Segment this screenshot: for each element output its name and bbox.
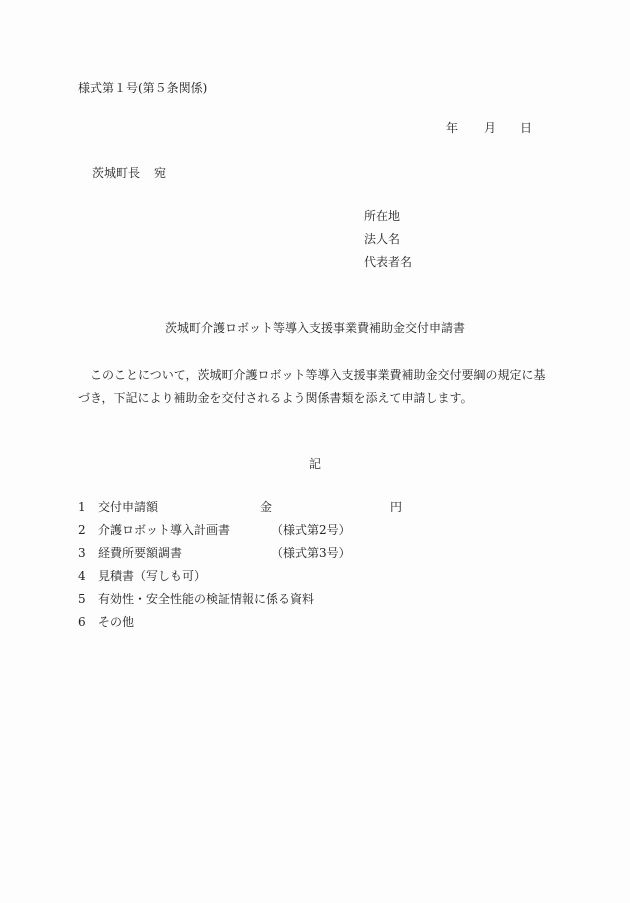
- corp-name-label: 法人名: [364, 231, 412, 254]
- item-number: 4: [78, 568, 98, 584]
- document-title: 茨城町介護ロボット等導入支援事業費補助金交付申請書: [0, 320, 630, 336]
- addressee-name: 茨城町長: [92, 166, 140, 180]
- representative-label: 代表者名: [364, 254, 412, 277]
- list-item: 3 経費所要額調書 （様式第3号）: [78, 545, 98, 568]
- date-line: 年月日: [446, 120, 532, 136]
- item-label: 見積書（写しも可）: [98, 568, 206, 584]
- ki-heading: 記: [0, 456, 630, 472]
- item-number: 5: [78, 591, 98, 607]
- item-number: 6: [78, 614, 98, 630]
- item-number: 3: [78, 545, 98, 561]
- body-text: このことについて，茨城町介護ロボット等導入支援事業費補助金交付要綱の規定に基づき…: [78, 364, 556, 410]
- item-label: 交付申請額: [98, 499, 158, 515]
- item-number: 2: [78, 522, 98, 538]
- date-day: 日: [520, 120, 532, 136]
- item-label: 介護ロボット導入計画書: [98, 522, 230, 538]
- list-item: 6 その他: [78, 614, 98, 637]
- amount-kin: 金: [260, 499, 272, 515]
- item-label: その他: [98, 614, 134, 630]
- item-label: 有効性・安全性能の検証情報に係る資料: [98, 591, 314, 607]
- amount-yen: 円: [390, 499, 402, 515]
- form-number: 様式第１号(第５条関係): [78, 80, 207, 96]
- applicant-block: 所在地 法人名 代表者名: [364, 208, 412, 277]
- attachment-list: 1 交付申請額 金 円 2 介護ロボット導入計画書 （様式第2号） 3 経費所要…: [78, 499, 98, 637]
- list-item: 5 有効性・安全性能の検証情報に係る資料: [78, 591, 98, 614]
- addressee-suffix: 宛: [154, 166, 166, 180]
- form-reference: （様式第3号）: [271, 545, 351, 561]
- address-label: 所在地: [364, 208, 412, 231]
- date-month: 月: [484, 120, 520, 136]
- list-item: 4 見積書（写しも可）: [78, 568, 98, 591]
- list-item: 2 介護ロボット導入計画書 （様式第2号）: [78, 522, 98, 545]
- item-label: 経費所要額調書: [98, 545, 182, 561]
- item-number: 1: [78, 499, 98, 515]
- list-item: 1 交付申請額 金 円: [78, 499, 98, 522]
- date-year: 年: [446, 120, 484, 136]
- addressee: 茨城町長宛: [92, 165, 166, 181]
- form-reference: （様式第2号）: [271, 522, 351, 538]
